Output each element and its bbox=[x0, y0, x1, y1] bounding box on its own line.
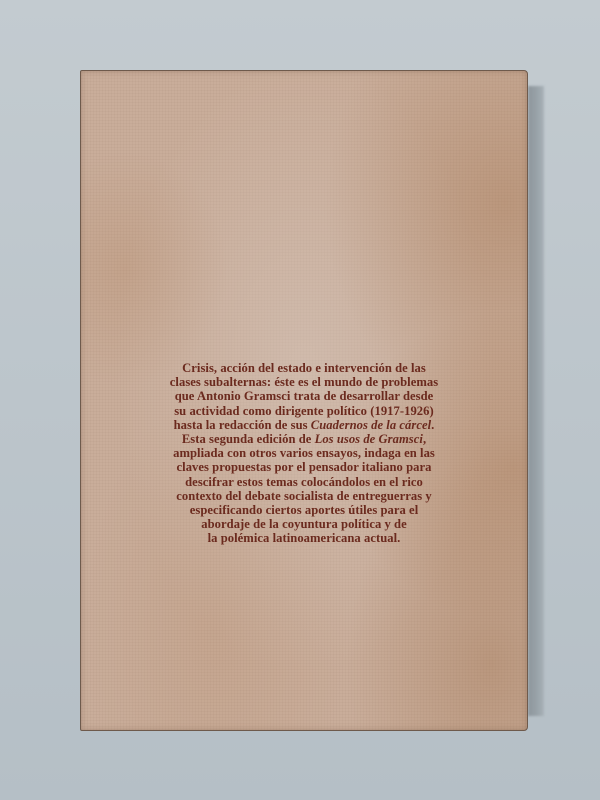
blurb-line: hasta la redacción de sus Cuadernos de l… bbox=[81, 418, 527, 432]
blurb-line: abordaje de la coyuntura política y de bbox=[81, 517, 527, 531]
blurb-line: Crisis, acción del estado e intervención… bbox=[81, 361, 527, 375]
blurb-line: especificando ciertos aportes útiles par… bbox=[81, 503, 527, 517]
book-title-los-usos: Los usos de Gramsci bbox=[315, 432, 423, 446]
blurb-line: la polémica latinoamericana actual. bbox=[81, 531, 527, 545]
back-cover-blurb: Crisis, acción del estado e intervención… bbox=[81, 361, 527, 546]
book-shadow bbox=[528, 86, 544, 716]
blurb-line: descifrar estos temas colocándolos en el… bbox=[81, 475, 527, 489]
blurb-line: claves propuestas por el pensador italia… bbox=[81, 460, 527, 474]
blurb-line: su actividad como dirigente político (19… bbox=[81, 404, 527, 418]
blurb-line: clases subalternas: éste es el mundo de … bbox=[81, 375, 527, 389]
blurb-line: que Antonio Gramsci trata de desarrollar… bbox=[81, 389, 527, 403]
book-back-cover: Crisis, acción del estado e intervención… bbox=[80, 70, 528, 731]
book-title-cuadernos: Cuadernos de la cárcel bbox=[311, 418, 431, 432]
blurb-line: ampliada con otros varios ensayos, indag… bbox=[81, 446, 527, 460]
blurb-line: Esta segunda edición de Los usos de Gram… bbox=[81, 432, 527, 446]
blurb-line: contexto del debate socialista de entreg… bbox=[81, 489, 527, 503]
